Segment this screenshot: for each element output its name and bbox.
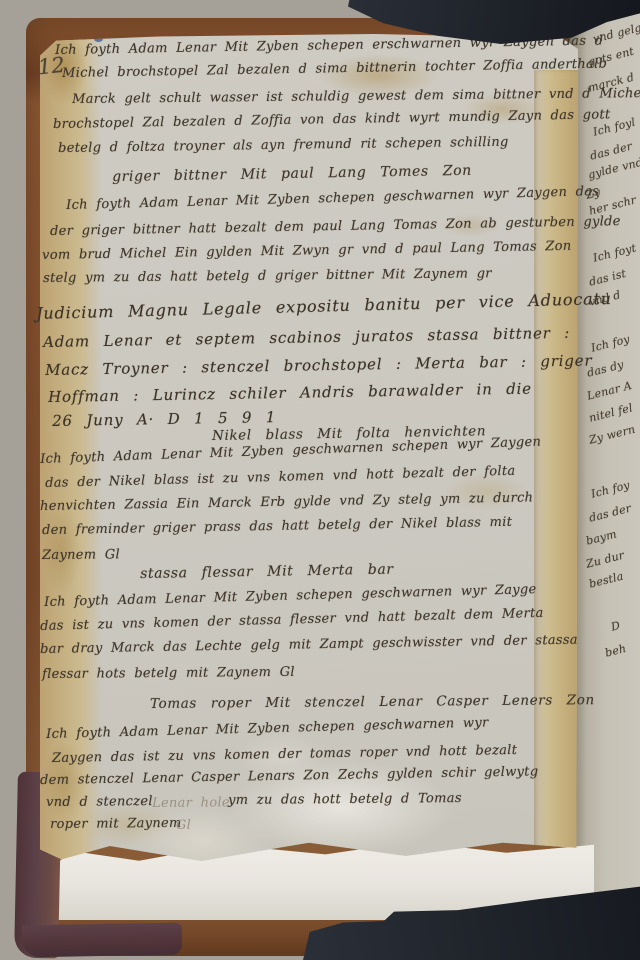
facing-page — [568, 0, 640, 960]
leather-bottom-edge — [22, 923, 183, 958]
stained-left-margin — [40, 34, 102, 866]
manuscript-photo: 12 Ich foyth Adam Lenar Mit Zyben schepe… — [0, 0, 640, 960]
repair-strip-right — [534, 70, 578, 852]
manuscript-page — [40, 34, 578, 866]
